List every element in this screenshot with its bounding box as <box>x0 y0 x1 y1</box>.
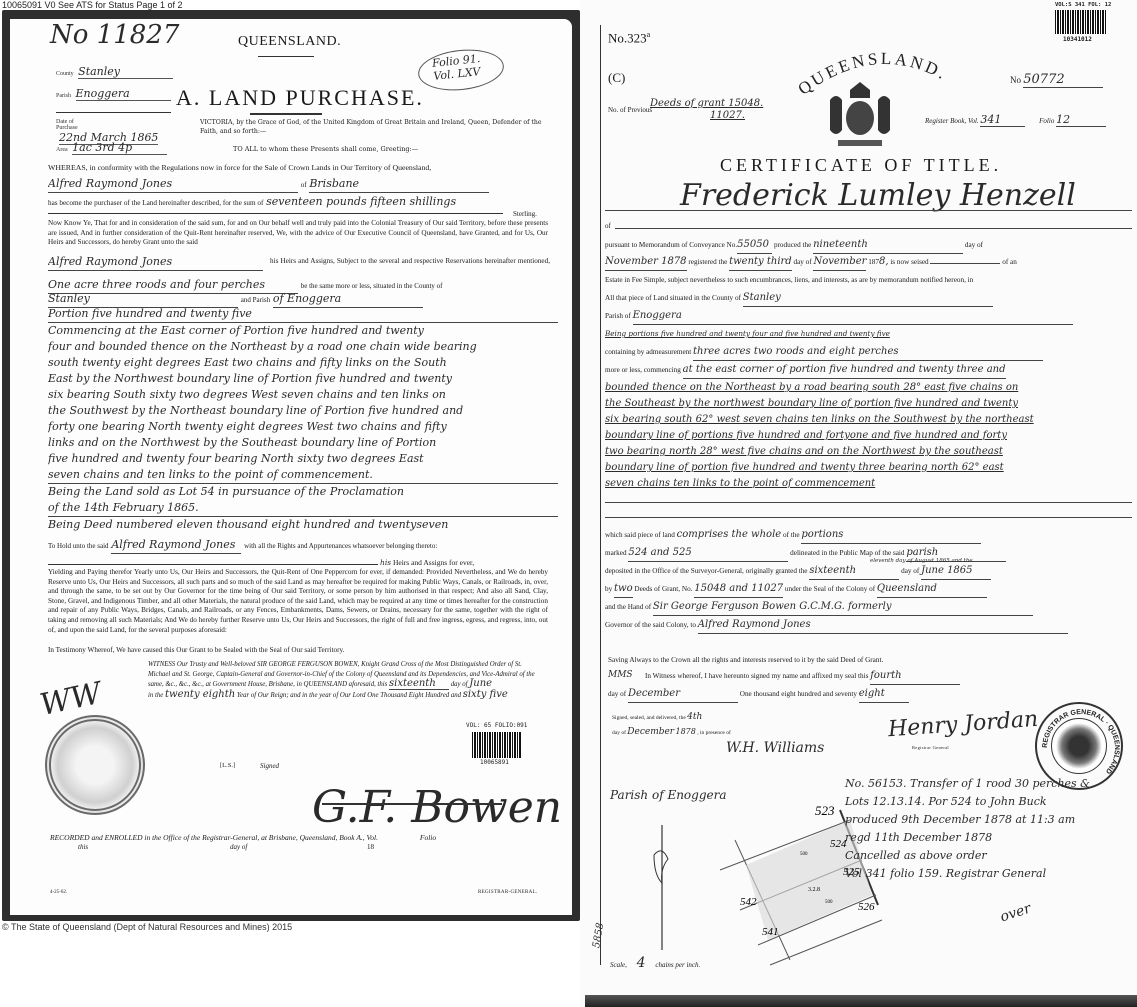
boundary-description: bounded thence on the Northeast by a roa… <box>605 380 1132 492</box>
reference-number: No.323a <box>608 30 650 46</box>
under-seal-label: under the Seal of the Colony of <box>785 585 875 593</box>
description-line: forty one bearing North twenty eight deg… <box>48 419 558 435</box>
conveyance-line: pursuant to Memorandum of Conveyance No.… <box>605 237 1132 254</box>
previous-label: No. of Previous <box>608 106 652 114</box>
marked-value: 524 and 525 <box>628 545 788 562</box>
description-line: six bearing South sixty two degrees West… <box>48 387 558 403</box>
area-value: 1ac 3rd 4p <box>72 141 167 155</box>
purchaser-name: Alfred Raymond Jones <box>48 176 298 193</box>
deposited-label: deposited in the Office of the Surveyor-… <box>605 567 808 575</box>
page-border <box>600 25 601 965</box>
to-hold-line: To Hold unto the said Alfred Raymond Jon… <box>48 537 553 554</box>
svg-text:526: 526 <box>858 901 875 913</box>
rights-clause: with all the Rights and Appurtenances wh… <box>244 542 437 550</box>
signature-underline <box>322 803 502 805</box>
registered-year: 8, <box>879 256 889 267</box>
svg-text:3.2.8: 3.2.8 <box>808 887 820 893</box>
certificate-number-field: No 50772 <box>1010 72 1103 88</box>
witness-signature: W.H. Williams <box>726 740 824 756</box>
royal-preamble: VICTORIA, by the Grace of God, of the Un… <box>200 118 550 136</box>
divider <box>605 210 1132 211</box>
county-value: Stanley <box>743 290 993 307</box>
certificate-title: CERTIFICATE OF TITLE. <box>720 155 1002 176</box>
folio-label: Folio <box>1039 117 1054 125</box>
witness-month: June <box>469 678 492 689</box>
register-book-label: Register Book, Vol. <box>925 117 979 125</box>
description-line: four and bounded thence on the Northeast… <box>48 339 558 355</box>
grant-clause: Now Know Ye, That for and in considerati… <box>48 219 548 257</box>
county-line: All that piece of Land situated in the C… <box>605 290 1132 307</box>
in-witness-line: In Witness whereof, I have hereunto sign… <box>645 668 1132 685</box>
day-of-label: day of <box>612 730 626 736</box>
reign-clause: Year of Our Reign; and in the year of Ou… <box>237 692 461 699</box>
parish-value: Enoggera <box>76 87 171 101</box>
witness-month: December <box>628 686 738 703</box>
divider <box>258 56 314 57</box>
of-the-label: of the <box>783 531 800 539</box>
parish-clause: and Parish <box>241 296 270 304</box>
boundary-description-line: bounded thence on the Northeast by a roa… <box>605 380 1132 396</box>
recorded-clause: RECORDED and ENROLLED in the Office of t… <box>50 833 530 842</box>
purchaser-line: Alfred Raymond Jones of Brisbane <box>48 176 548 193</box>
marked-label: marked <box>605 549 627 557</box>
saving-always-clause: Saving Always to the Crown all the right… <box>608 652 883 668</box>
governor-signature: G.F. Bowen <box>312 782 562 833</box>
parish-label: Parish <box>56 93 71 99</box>
granted-month: June 1865 <box>921 563 991 580</box>
description-line: five hundred and twenty four bearing Nor… <box>48 451 558 467</box>
cot-barcode-header: VOL:S 341 FOL: 12 <box>1055 2 1111 8</box>
containing-value: three acres two roods and eight perches <box>693 344 1043 361</box>
reservation-clause: Yielding and Paying therefor Yearly unto… <box>48 568 548 646</box>
divider <box>48 213 503 214</box>
signed-label: Signed <box>260 762 279 770</box>
boundary-description-line: the Southeast by the northwest boundary … <box>605 396 1132 412</box>
governor-of-label: Governor of the said Colony, to <box>605 621 696 629</box>
seal-text: REGISTRAR GENERAL · QUEENSLAND <box>1042 709 1120 775</box>
date-label: Date of Purchase <box>56 119 84 131</box>
grantee-value: Alfred Raymond Jones <box>698 617 1068 634</box>
boundary-description-line: at the east corner of portion five hundr… <box>683 362 1006 379</box>
purchase-sum: seventeen pounds fifteen shillings <box>266 195 456 208</box>
holder-name: Alfred Raymond Jones <box>111 537 241 554</box>
portions-value: portions <box>801 527 981 544</box>
scan-edge <box>585 995 1137 1007</box>
parish-field: Parish Enoggera <box>56 87 171 101</box>
certificate-number: 50772 <box>1023 72 1103 88</box>
produced-label: produced the <box>774 241 811 249</box>
area-label: Area <box>56 147 68 153</box>
barcode-header: VOL: 65 FOLIO:091 <box>466 722 527 729</box>
deeds-of-grant-line: by two Deeds of Grant, No. 15048 and 110… <box>605 581 1132 598</box>
registrar-general-label: REGISTRAR-GENERAL. <box>478 890 537 895</box>
day-of-label: day of <box>794 258 812 266</box>
comprises-value: comprises the whole <box>677 529 782 540</box>
scale-label: Scale, <box>610 961 627 969</box>
endorsement-line: Lots 12.13.14. Por 524 to John Buck <box>845 793 1135 811</box>
hand-of-line: and the Hand of Sir George Ferguson Bowe… <box>605 599 1132 616</box>
of-label: of <box>605 222 611 230</box>
folio-value: 12 <box>1056 113 1106 127</box>
deed-number: No 11827 <box>50 20 179 50</box>
recorded-this-label: this <box>78 843 88 851</box>
endorsement-line: produced 9th December 1878 at 11:3 am <box>845 811 1135 829</box>
register-volume: 341 <box>980 113 1025 127</box>
county-field: County Stanley <box>56 65 173 79</box>
divider <box>605 502 1132 503</box>
endorsement-line: No. 56153. Transfer of 1 rood 30 perches… <box>845 775 1135 793</box>
hand-of-label: and the Hand of <box>605 603 651 611</box>
one-thousand-label: One thousand eight hundred and seventy <box>740 690 857 698</box>
heirs-ever-line: his Heirs and Assigns for ever, <box>380 558 474 567</box>
endorsement-line: regd 11th December 1878 <box>845 829 1135 847</box>
witness-day: fourth <box>870 668 960 685</box>
county-clause: be the same more or less, situated in th… <box>301 282 443 290</box>
day-of-label: day of <box>901 567 919 575</box>
description-line: links and on the Northwest by the Southe… <box>48 435 558 451</box>
purchaser-clause: has become the purchaser of the Land her… <box>48 199 263 207</box>
state-title: QUEENSLAND. <box>238 34 341 50</box>
signed-month: December <box>627 727 674 737</box>
granted-day: sixteenth <box>809 563 899 580</box>
ls-mark: [L.S.] <box>220 762 235 769</box>
register-book-field: Register Book, Vol. 341 Folio 12 <box>925 113 1106 127</box>
marked-line: marked 524 and 525 delineated in the Pub… <box>605 545 1132 562</box>
colony-value: Queensland <box>877 581 987 598</box>
description-line: of the 14th February 1865. <box>48 500 558 517</box>
coat-of-arms-icon <box>820 80 900 150</box>
boundary-description-line: seven chains ten links to the point of c… <box>605 476 1132 492</box>
marginal-note: MMS <box>608 670 633 680</box>
deeds-label: Deeds <box>634 585 652 593</box>
governor-value: Sir George Ferguson Bowen G.C.M.G. forme… <box>653 599 1033 616</box>
witness-date-line: day of December One thousand eight hundr… <box>608 686 1135 703</box>
deeds-count: two <box>614 581 633 598</box>
recorded-text: RECORDED and ENROLLED in the Office of t… <box>50 833 378 842</box>
area-field: Area 1ac 3rd 4p <box>56 141 167 155</box>
parish-label: Parish of <box>605 312 631 320</box>
svg-text:542: 542 <box>740 896 757 908</box>
boundary-description-line: six bearing south 62° west seven chains … <box>605 412 1132 428</box>
conveyance-number: 55050 <box>737 237 772 254</box>
by-label: by <box>605 585 612 593</box>
heirs-ever: Heirs and Assigns for ever, <box>393 558 474 567</box>
description-line: seven chains and ten links to the point … <box>48 467 558 484</box>
svg-text:REGISTRAR GENERAL · QUEENSLAND: REGISTRAR GENERAL · QUEENSLAND <box>1042 709 1120 775</box>
scale-value: 4 <box>637 955 646 971</box>
his-word: his <box>380 558 391 567</box>
description-line: Portion five hundred and twenty five <box>48 306 558 323</box>
signed-sealed-line: Signed, sealed, and delivered, the 4th <box>612 712 702 722</box>
svg-text:541: 541 <box>762 926 779 938</box>
viewer-status-line: 10065091 V0 See ATS for Status Page 1 of… <box>2 0 182 10</box>
containing-line: containing by admeasurement three acres … <box>605 344 1132 361</box>
signed-day: 4th <box>687 712 702 722</box>
deposited-line: deposited in the Office of the Surveyor-… <box>605 563 1132 580</box>
day-of-label: day of <box>451 681 468 688</box>
barcode <box>472 732 522 758</box>
transfer-endorsement: No. 56153. Transfer of 1 rood 30 perches… <box>845 775 1135 883</box>
commencing-line: more or less, commencing at the east cor… <box>605 362 1132 379</box>
svg-text:500: 500 <box>800 852 808 857</box>
day-of-label: day of <box>608 690 626 698</box>
form-code: 4-25-62. <box>50 890 67 895</box>
delineated-label: delineated in the Public Map of the said <box>790 549 904 557</box>
divider <box>250 113 322 115</box>
of-an-label: of an <box>1002 258 1017 266</box>
scale-field: Scale, 4 chains per inch. <box>610 955 700 971</box>
barcode-number: 10065891 <box>480 759 509 766</box>
description-line: Being the Land sold as Lot 54 in pursuan… <box>48 484 558 500</box>
purchaser-residence: Brisbane <box>309 176 489 193</box>
land-description: Portion five hundred and twenty fiveComm… <box>48 306 558 533</box>
previous-value-1: Deeds of grant 15048. <box>650 98 763 109</box>
commencing-label: more or less, commencing <box>605 366 681 374</box>
colonial-seal <box>45 715 145 815</box>
sterling-label: Sterling. <box>513 210 537 218</box>
divider <box>56 112 171 113</box>
divider <box>605 517 1132 518</box>
witness-year: eight <box>859 686 909 703</box>
reign-year: twenty eighth <box>165 689 235 700</box>
grantee-line: Governor of the said Colony, to Alfred R… <box>605 617 1132 634</box>
witness-year: sixty five <box>463 689 508 700</box>
registered-label: registered the <box>688 258 727 266</box>
portions-line: Being portions five hundred and twenty f… <box>605 326 1132 342</box>
of-grant-label: of Grant, No. <box>654 585 692 593</box>
svg-text:500: 500 <box>825 900 833 905</box>
pursuant-label: pursuant to Memorandum of Conveyance No. <box>605 241 737 249</box>
reference-number-suffix: a <box>647 30 651 39</box>
endorsement-line: Vol 341 folio 159. Registrar General <box>845 865 1135 883</box>
certificate-number-label: No <box>1010 75 1021 85</box>
in-witness-label: In Witness whereof, I have hereunto sign… <box>645 672 868 680</box>
reference-number-text: No.323 <box>608 30 647 45</box>
heirs-clause: his Heirs and Assigns, Subject to the se… <box>270 257 550 267</box>
containing-label: containing by admeasurement <box>605 348 691 356</box>
copyright-notice: © The State of Queensland (Dept of Natur… <box>2 922 292 932</box>
document-title: A. LAND PURCHASE. <box>176 85 424 111</box>
to-hold-label: To Hold unto the said <box>48 542 109 550</box>
form-mark: (C) <box>608 70 625 86</box>
north-arrow-ornament <box>654 851 668 883</box>
of-label: of <box>301 181 307 189</box>
boundary-description-line: boundary line of portion five hundred an… <box>605 460 1132 476</box>
produced-day: nineteenth <box>813 237 963 254</box>
parish-line: Parish of Enoggera <box>605 308 1132 325</box>
description-line: East by the Northwest boundary line of P… <box>48 371 558 387</box>
registered-day: twenty third <box>729 254 792 271</box>
testimony-clause: In Testimony Whereof, We have caused thi… <box>48 646 548 656</box>
recorded-year-prefix: 18 <box>367 843 374 851</box>
seised-label: is now seised <box>890 258 928 266</box>
registrar-title: Registrar General <box>912 745 949 750</box>
description-line: Being Deed numbered eleven thousand eigh… <box>48 517 558 533</box>
estate-line: Estate in Fee Simple, subject neverthele… <box>605 272 1132 288</box>
county-label: County <box>56 71 74 77</box>
witness-day: sixteenth <box>389 679 449 690</box>
divider <box>48 564 378 565</box>
cot-barcode-number: 10341012 <box>1063 36 1092 43</box>
day-of-label: day of <box>965 241 983 249</box>
which-said-label: which said piece of land <box>605 531 675 539</box>
description-line: south twenty eight degrees East two chai… <box>48 355 558 371</box>
signed-date-line: day of December 1878 , in presence of <box>612 727 731 737</box>
parish-value: Enoggera <box>633 308 1073 325</box>
registered-month: November <box>813 254 866 271</box>
registered-proprietor: Frederick Lumley Henzell <box>680 178 1076 213</box>
recorded-folio-label: Folio <box>420 833 436 842</box>
recorded-day-of-label: day of <box>230 843 247 851</box>
svg-text:523: 523 <box>815 803 835 818</box>
which-said-line: which said piece of land comprises the w… <box>605 527 1132 544</box>
produced-month: November 1878 <box>605 254 687 271</box>
endorsement-line: Cancelled as above order <box>845 847 1135 865</box>
greeting: TO ALL to whom these Presents shall come… <box>233 145 418 153</box>
description-line: Commencing at the East corner of Portion… <box>48 323 558 339</box>
sum-line: has become the purchaser of the Land her… <box>48 194 553 211</box>
registered-year-prefix: 187 <box>868 258 879 266</box>
description-line: the Southwest by the Northeast boundary … <box>48 403 558 419</box>
cot-barcode <box>1055 10 1107 34</box>
whereas-clause: WHEREAS, in conformity with the Regulati… <box>48 163 548 173</box>
signed-year: 1878 <box>676 727 696 736</box>
signed-sealed-label: Signed, sealed, and delivered, the <box>612 715 686 721</box>
county-value: Stanley <box>78 65 173 79</box>
previous-value-2: 11027. <box>710 110 745 121</box>
in-presence-label: , in presence of <box>697 730 731 736</box>
witness-clause: WITNESS Our Trusty and Well-beloved SIR … <box>148 660 538 700</box>
in-the-label: in the <box>148 692 163 699</box>
boundary-description-line: boundary line of portions five hundred a… <box>605 428 1132 444</box>
divider <box>615 228 1132 229</box>
registration-line: November 1878 registered the twenty thir… <box>605 254 1132 271</box>
grantee-name: Alfred Raymond Jones <box>48 254 263 271</box>
scale-unit: chains per inch. <box>655 961 700 969</box>
grant-numbers: 15048 and 11027 <box>694 581 783 598</box>
boundary-description-line: two bearing north 28° west five chains a… <box>605 444 1132 460</box>
all-piece-label: All that piece of Land situated in the C… <box>605 294 741 302</box>
